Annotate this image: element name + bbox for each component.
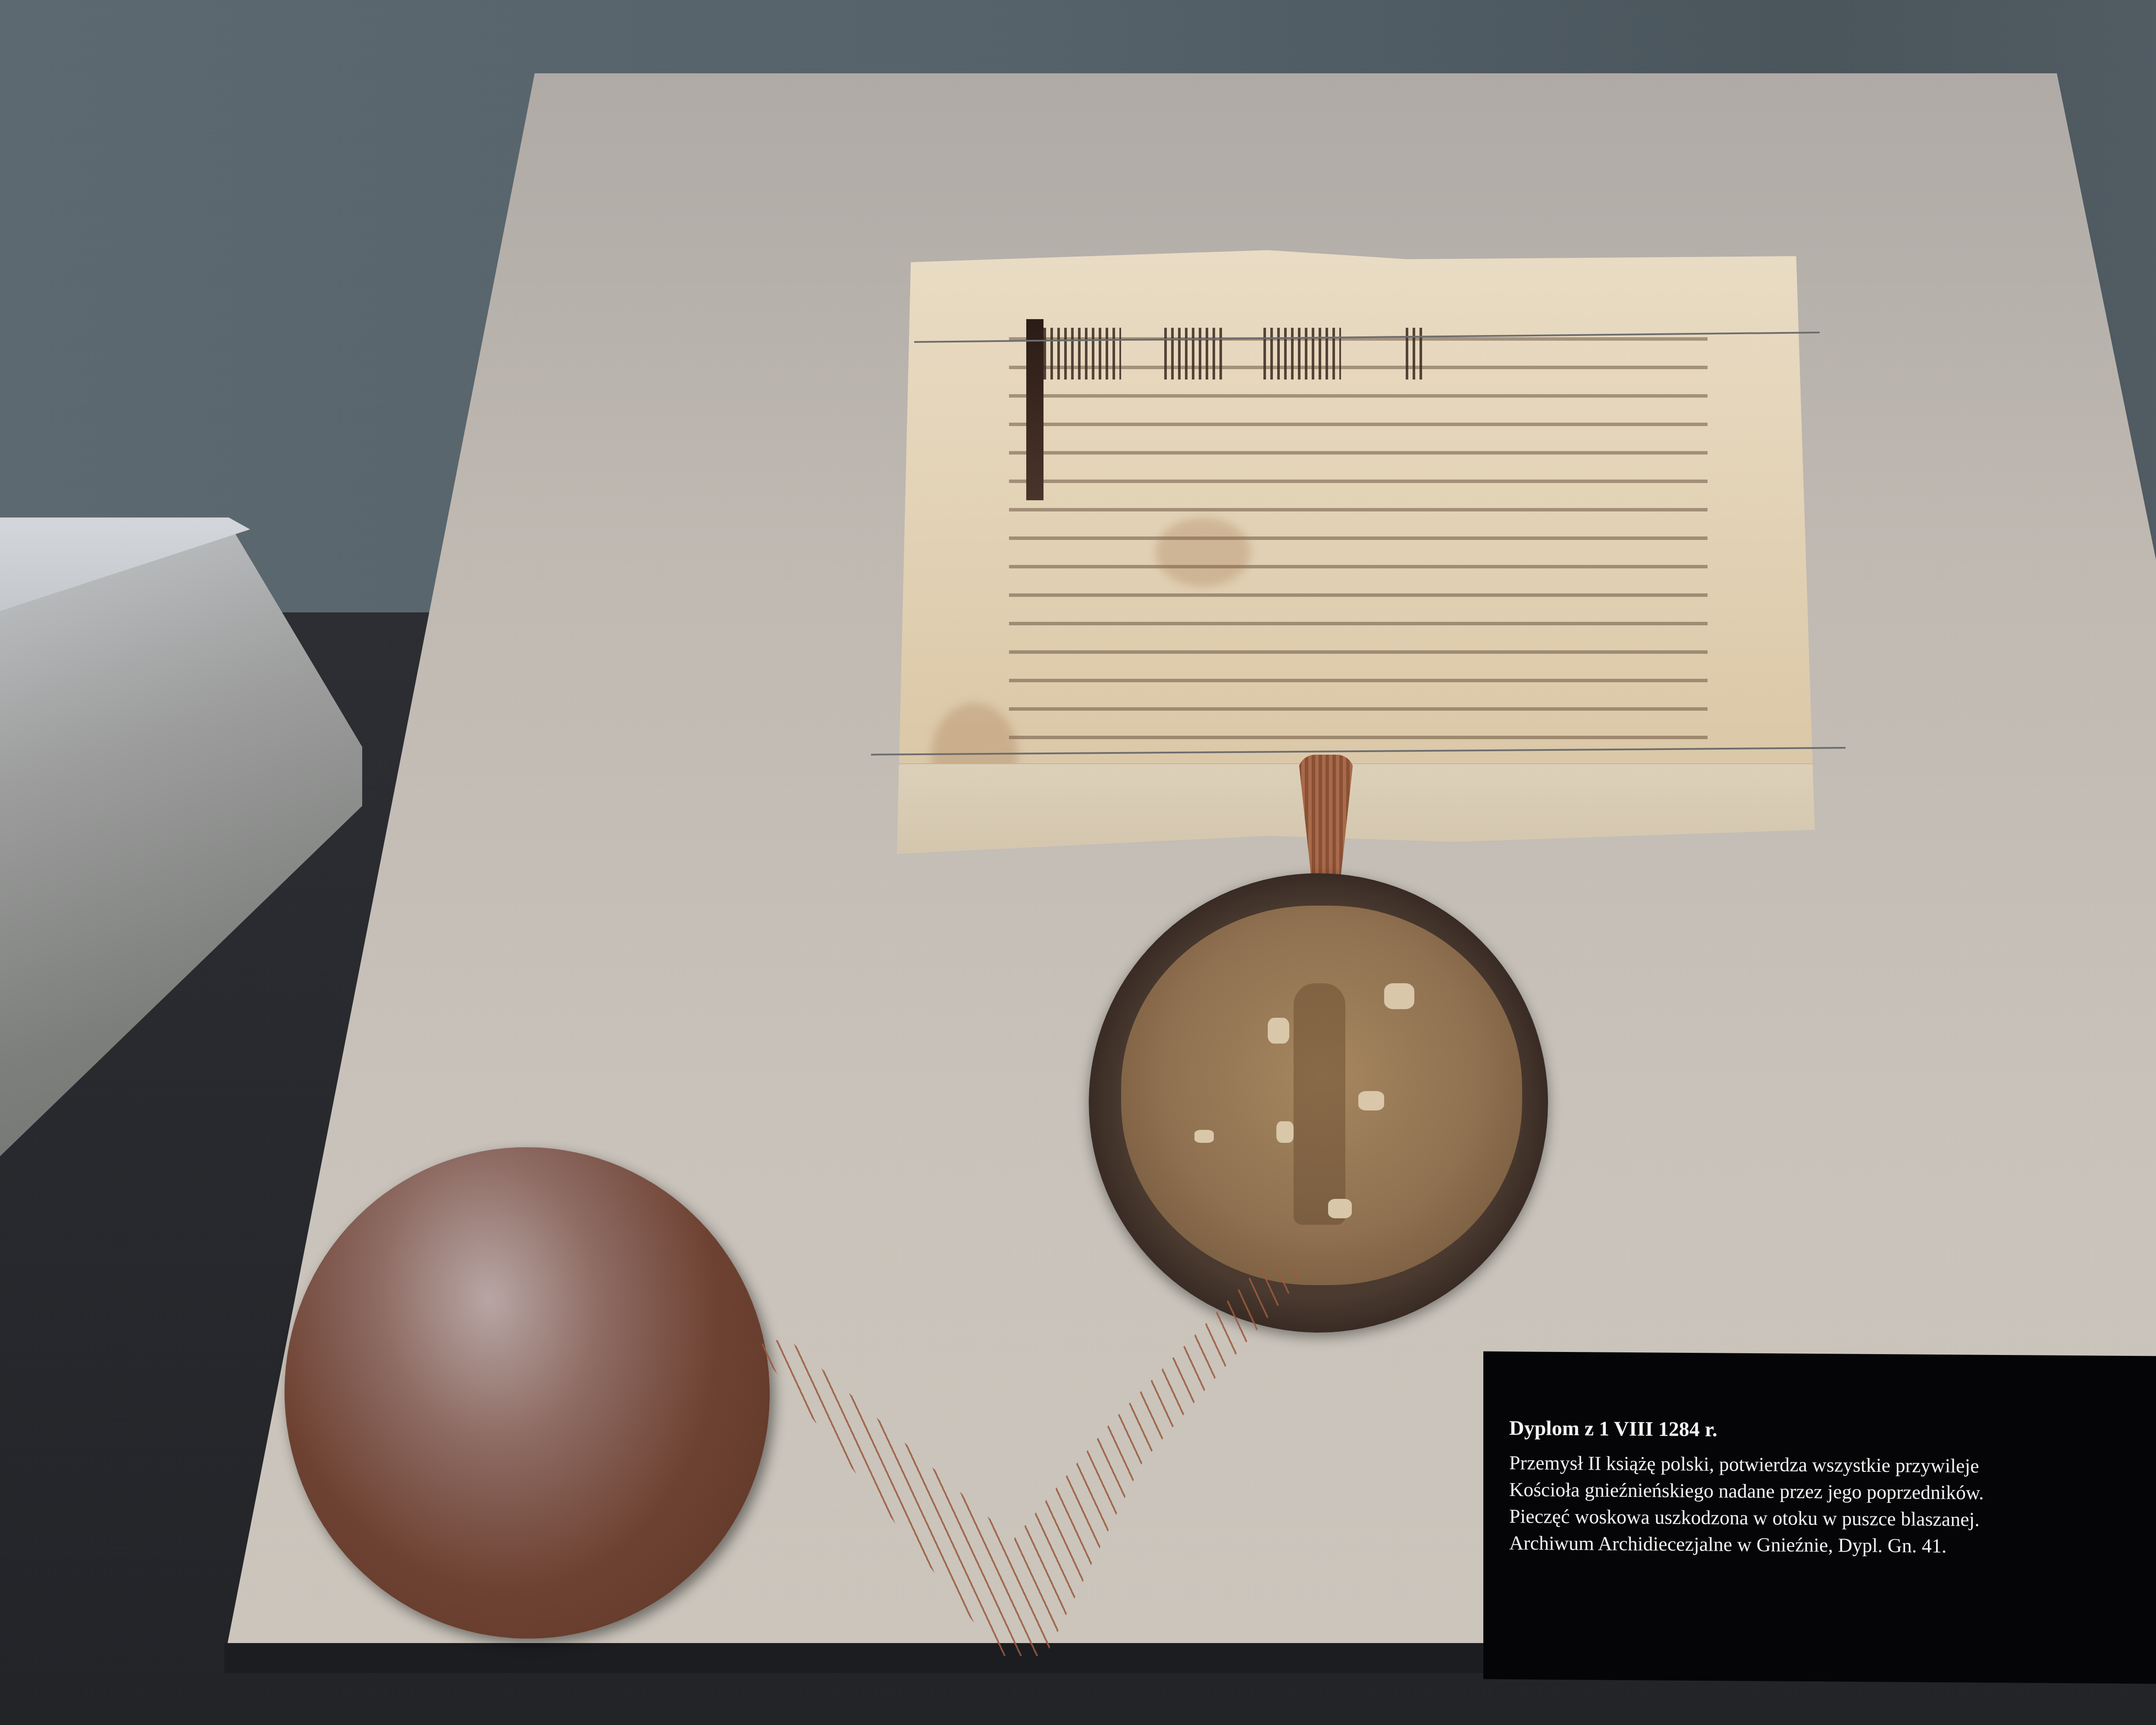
label-line: Archiwum Archidiecezjalne w Gnieźnie, Dy… <box>1509 1530 2156 1562</box>
decorated-initial <box>1026 319 1044 500</box>
wax-damage <box>1328 1199 1352 1218</box>
manuscript-text-lines <box>1009 319 1708 750</box>
wax-damage <box>1194 1130 1214 1143</box>
wax-damage <box>1276 1121 1294 1143</box>
wax-damage <box>1358 1091 1384 1110</box>
heading-letters <box>1044 328 1121 379</box>
heading-letters <box>1164 328 1225 379</box>
seal-standing-figure <box>1294 983 1345 1225</box>
exhibit-label: Dyplom z 1 VIII 1284 r. Przemysł II ksią… <box>1483 1352 2156 1685</box>
label-title: Dyplom z 1 VIII 1284 r. <box>1509 1416 2156 1445</box>
wax-seal <box>1121 906 1522 1285</box>
stain <box>1156 517 1250 586</box>
heading-letters <box>1263 328 1341 379</box>
wax-damage <box>1268 1018 1289 1044</box>
wax-damage <box>1384 983 1414 1009</box>
